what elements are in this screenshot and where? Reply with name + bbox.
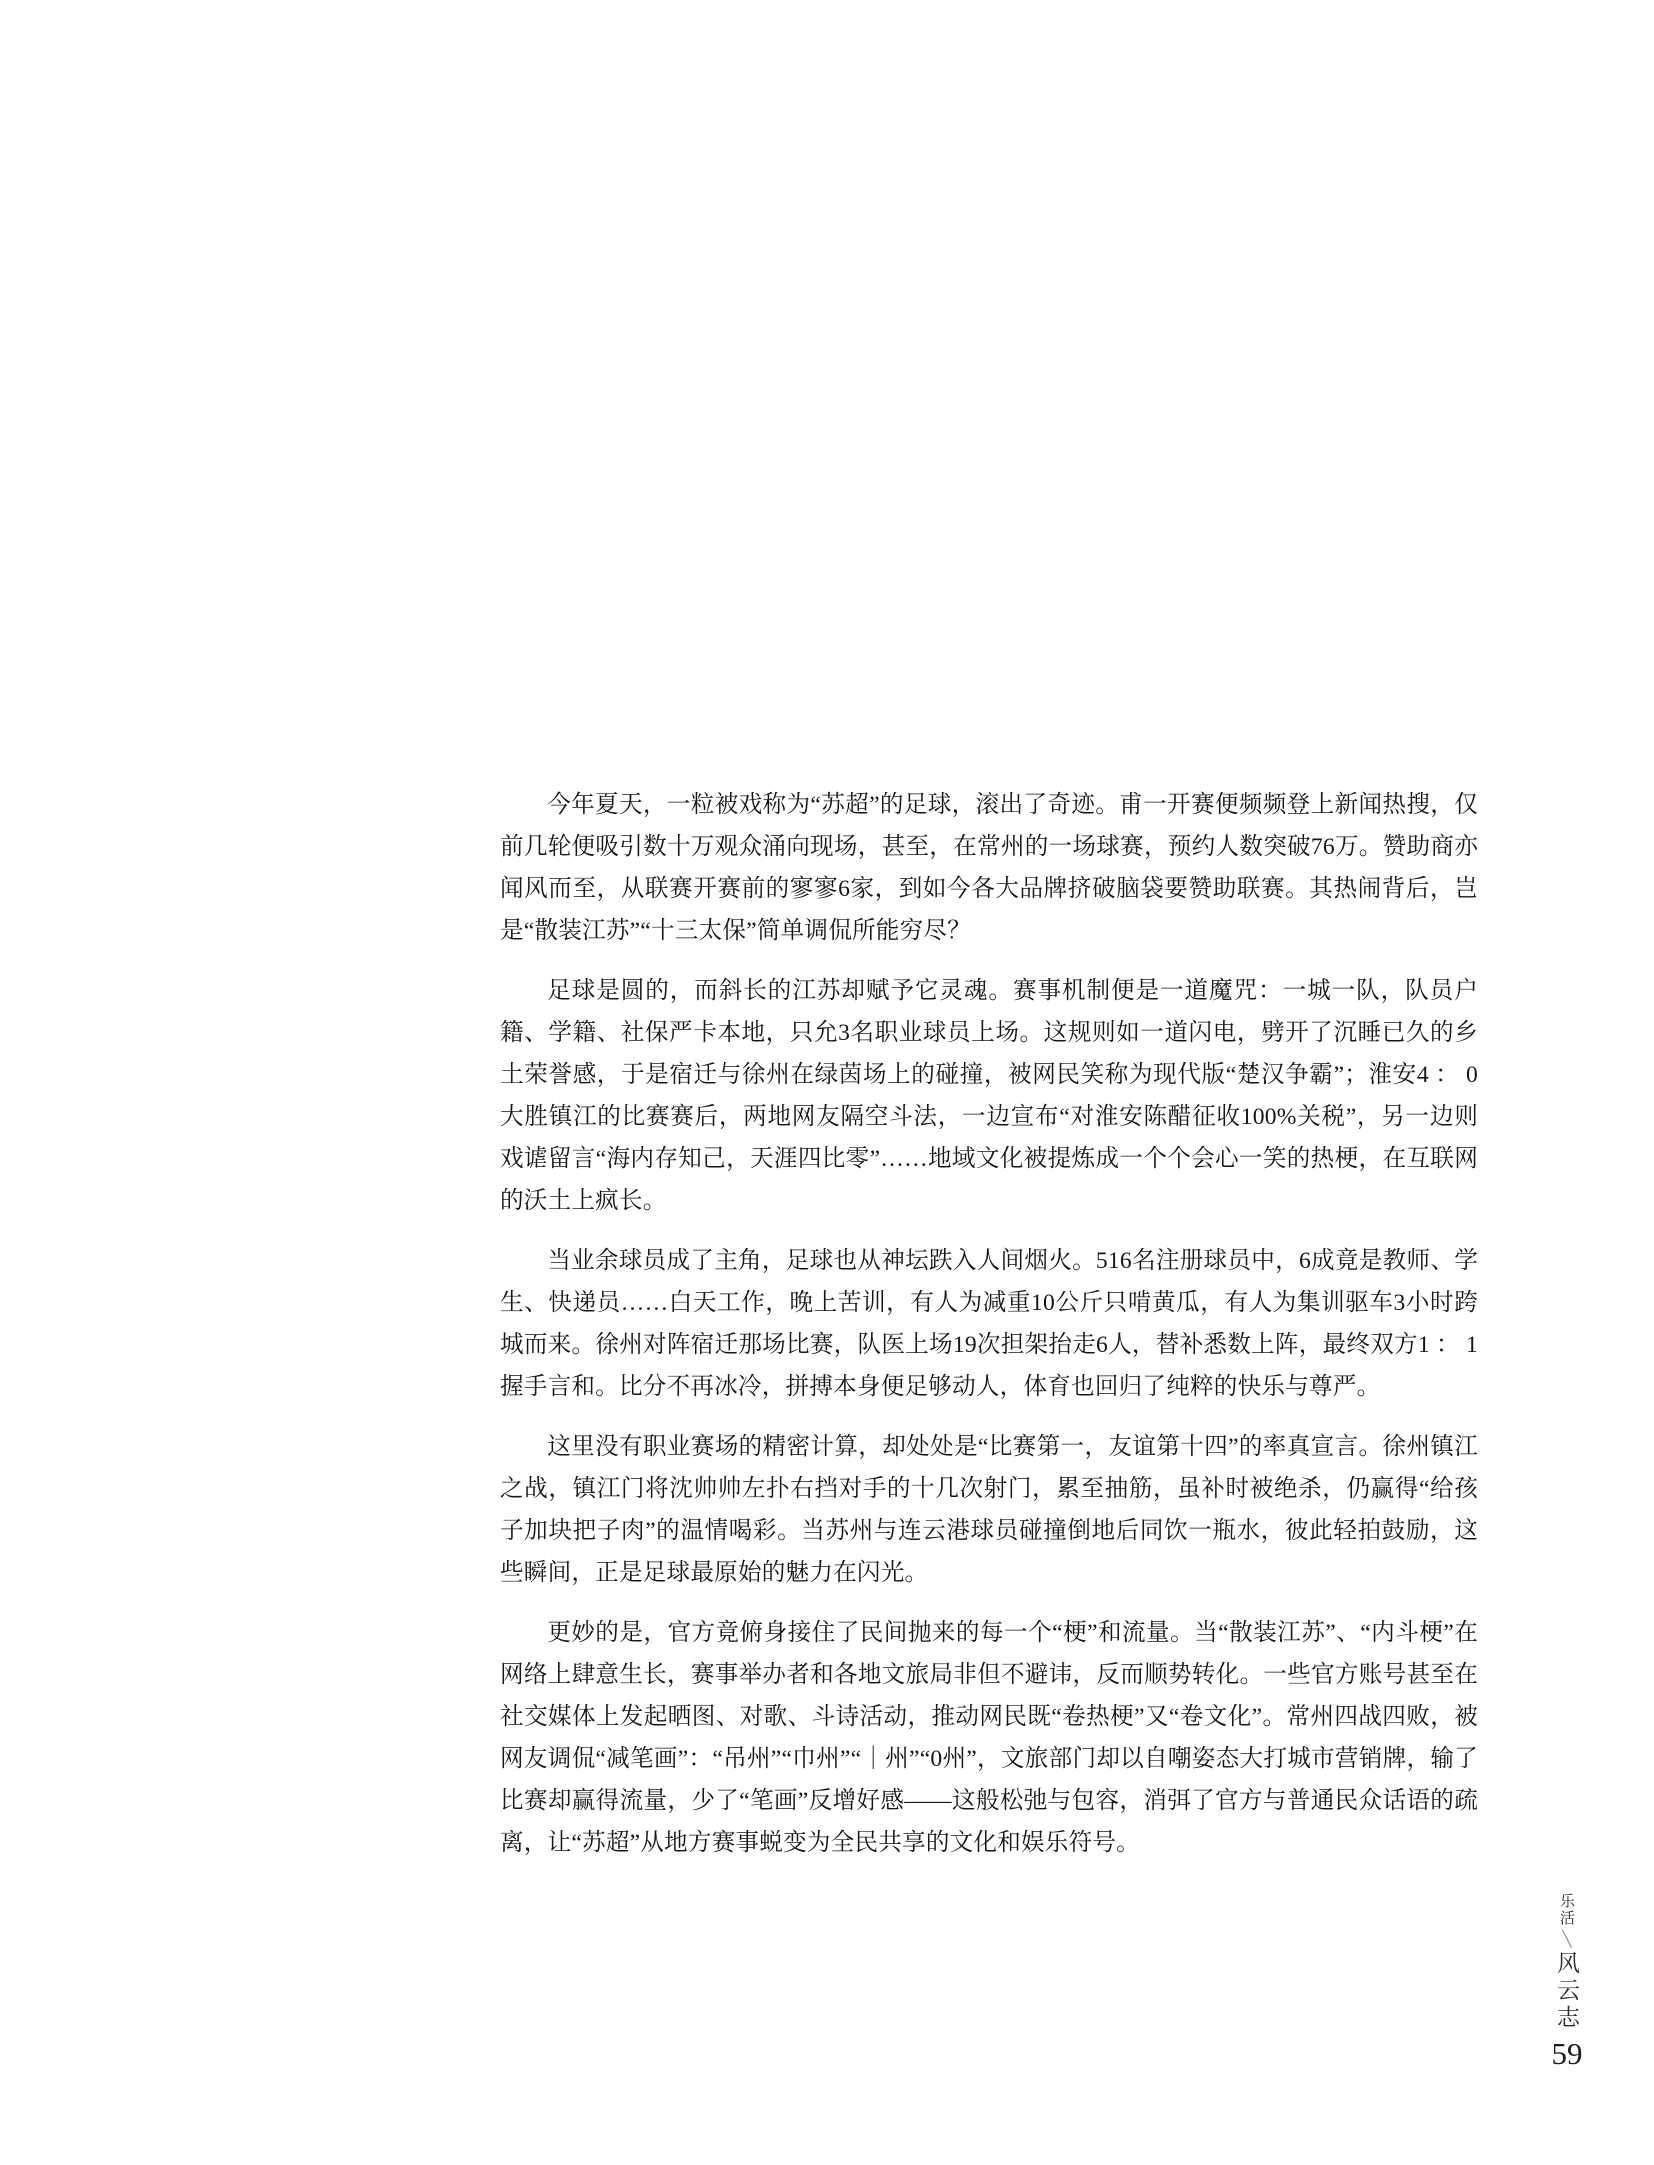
section-label-big: 风云志 [1554, 1951, 1579, 2032]
section-label: 乐活╲风云志 [1549, 1893, 1583, 2033]
article-paragraph: 足球是圆的，而斜长的江苏却赋予它灵魂。赛事机制便是一道魔咒：一城一队，队员户籍、… [500, 970, 1478, 1222]
section-separator-slash: ╲ [1558, 1927, 1574, 1951]
page-number: 59 [1538, 2036, 1596, 2072]
article-paragraph: 这里没有职业赛场的精密计算，却处处是“比赛第一，友谊第十四”的率真宣言。徐州镇江… [500, 1426, 1478, 1594]
article-paragraph: 当业余球员成了主角，足球也从神坛跌入人间烟火。516名注册球员中，6成竟是教师、… [500, 1240, 1478, 1408]
article-paragraph: 今年夏天，一粒被戏称为“苏超”的足球，滚出了奇迹。甫一开赛便频频登上新闻热搜，仅… [500, 784, 1478, 952]
magazine-page: 今年夏天，一粒被戏称为“苏超”的足球，滚出了奇迹。甫一开赛便频频登上新闻热搜，仅… [0, 0, 1654, 2165]
section-label-small: 乐活 [1558, 1893, 1574, 1927]
article-paragraph: 更妙的是，官方竟俯身接住了民间抛来的每一个“梗”和流量。当“散装江苏”、“内斗梗… [500, 1612, 1478, 1864]
article-body: 今年夏天，一粒被戏称为“苏超”的足球，滚出了奇迹。甫一开赛便频频登上新闻热搜，仅… [500, 784, 1478, 1864]
